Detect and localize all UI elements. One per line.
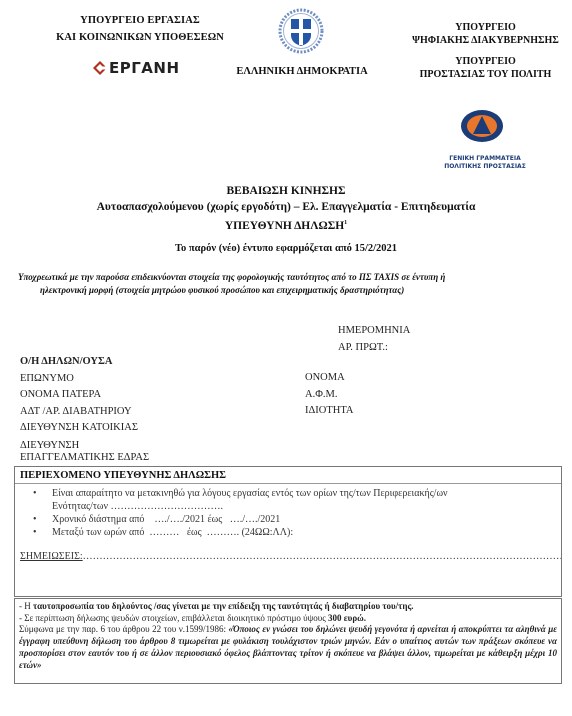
- fine-note-text: - Σε περίπτωση δήλωσης ψευδών στοιχείων,…: [19, 613, 328, 623]
- identity-note-prefix: - Η: [19, 601, 33, 611]
- hellenic-republic-label: ΕΛΛΗΝΙΚΗ ΔΗΜΟΚΡΑΤΙΑ: [232, 66, 372, 77]
- applies-from-note: Το παρόν (νέο) έντυπο εφαρμόζεται από 15…: [0, 243, 572, 254]
- mandatory-note-line1: Υποχρεωτικά με την παρούσα επιδεικνύοντα…: [18, 272, 445, 282]
- content-item-region-line1: Είναι απαραίτητο να μετακινηθώ για λόγου…: [52, 487, 561, 500]
- identity-note: - Η ταυτοπροσωπία του δηλούντος /σας γίν…: [19, 601, 557, 613]
- document-subtitle: Αυτοαπασχολούμενου (χωρίς εργοδότη) – Ελ…: [0, 199, 572, 215]
- field-first-name: ΟΝΟΜΑ: [305, 370, 353, 387]
- declaration-title: ΥΠΕΥΘΥΝΗ ΔΗΛΩΣΗ1: [0, 215, 572, 234]
- date-label: ΗΜΕΡΟΜΗΝΙΑ: [338, 322, 410, 339]
- notes-label: ΣΗΜΕΙΩΣΕΙΣ:: [20, 551, 83, 562]
- ergani-logo-icon: [92, 60, 108, 76]
- ergani-logo-text: ΕΡΓΑΝΗ: [109, 59, 180, 77]
- notes-row: ΣΗΜΕΙΩΣΕΙΣ:………………………………………………………………………………: [15, 539, 561, 562]
- content-item-period-text: Χρονικό διάστημα από …./…./2021 έως …./……: [52, 513, 561, 526]
- field-father-name: ΟΝΟΜΑ ΠΑΤΕΡΑ: [20, 387, 149, 404]
- law-citation-prefix: Σύμφωνα με την παρ. 6 του άρθρου 22 του …: [19, 624, 229, 634]
- document-title: ΒΕΒΑΙΩΣΗ ΚΙΝΗΣΗΣ: [0, 183, 572, 199]
- ministries-right-header: ΥΠΟΥΡΓΕΙΟ ΨΗΦΙΑΚΗΣ ΔΙΑΚΥΒΕΡΝΗΣΗΣ ΥΠΟΥΡΓΕ…: [398, 22, 572, 81]
- civil-protection-label: ΓΕΝΙΚΗ ΓΡΑΜΜΑΤΕΙΑ ΠΟΛΙΤΙΚΗΣ ΠΡΟΣΤΑΣΙΑΣ: [435, 155, 535, 171]
- footnote-mark: 1: [344, 220, 347, 226]
- field-surname: ΕΠΩΝΥΜΟ: [20, 371, 149, 388]
- ministry-digital-line1: ΥΠΟΥΡΓΕΙΟ: [398, 22, 572, 35]
- field-capacity: ΙΔΙΟΤΗΤΑ: [305, 403, 353, 420]
- field-tax-id: Α.Φ.Μ.: [305, 387, 353, 404]
- ergani-logo: ΕΡΓΑΝΗ: [92, 57, 162, 79]
- field-id-passport: ΑΔΤ /ΑΡ. ΔΙΑΒΑΤΗΡΙΟΥ: [20, 404, 149, 421]
- content-item-region-line2: Ενότητας/των …………………………….: [52, 500, 561, 513]
- declarant-fields-left: Ο/Η ΔΗΛΩΝ/ΟΥΣΑ ΕΠΩΝΥΜΟ ΟΝΟΜΑ ΠΑΤΕΡΑ ΑΔΤ …: [20, 354, 149, 464]
- notes-value: ……………………………………………………………………………………………………………: [83, 551, 561, 562]
- content-box-title: ΠΕΡΙΕΧΟΜΕΝΟ ΥΠΕΥΘΥΝΗΣ ΔΗΛΩΣΗΣ: [15, 467, 561, 484]
- content-item-hours: Μεταξύ των ωρών από ……… έως ………. (24ΩΩ:Λ…: [33, 526, 561, 539]
- law-citation: Σύμφωνα με την παρ. 6 του άρθρου 22 του …: [19, 624, 557, 671]
- ministry-citizen-line1: ΥΠΟΥΡΓΕΙΟ: [398, 56, 572, 69]
- ministry-digital-line2: ΨΗΦΙΑΚΗΣ ΔΙΑΚΥΒΕΡΝΗΣΗΣ: [398, 35, 572, 48]
- fine-note: - Σε περίπτωση δήλωσης ψευδών στοιχείων,…: [19, 613, 557, 625]
- protocol-number-label: ΑΡ. ΠΡΩΤ.:: [338, 339, 410, 356]
- civil-protection-line1: ΓΕΝΙΚΗ ΓΡΑΜΜΑΤΕΙΑ: [435, 155, 535, 163]
- ministry-labor-header: ΥΠΟΥΡΓΕΙΟ ΕΡΓΑΣΙΑΣ ΚΑΙ ΚΟΙΝΩΝΙΚΩΝ ΥΠΟΘΕΣ…: [20, 12, 260, 46]
- ministry-labor-line2: ΚΑΙ ΚΟΙΝΩΝΙΚΩΝ ΥΠΟΘΕΣΕΩΝ: [20, 29, 260, 46]
- civil-protection-line2: ΠΟΛΙΤΙΚΗΣ ΠΡΟΣΤΑΣΙΑΣ: [435, 163, 535, 171]
- content-list: Είναι απαραίτητο να μετακινηθώ για λόγου…: [15, 484, 561, 539]
- date-protocol-block: ΗΜΕΡΟΜΗΝΙΑ ΑΡ. ΠΡΩΤ.:: [338, 322, 410, 356]
- field-home-address: ΔΙΕΥΘΥΝΣΗ ΚΑΤΟΙΚΙΑΣ: [20, 420, 149, 437]
- document-title-block: ΒΕΒΑΙΩΣΗ ΚΙΝΗΣΗΣ Αυτοαπασχολούμενου (χωρ…: [0, 183, 572, 234]
- ministry-labor-line1: ΥΠΟΥΡΓΕΙΟ ΕΡΓΑΣΙΑΣ: [20, 12, 260, 29]
- mandatory-taxis-note: Υποχρεωτικά με την παρούσα επιδεικνύοντα…: [18, 271, 563, 297]
- content-item-hours-text: Μεταξύ των ωρών από ……… έως ………. (24ΩΩ:Λ…: [52, 526, 561, 539]
- civil-protection-logo-icon: [460, 109, 504, 143]
- ministry-citizen-line2: ΠΡΟΣΤΑΣΙΑΣ ΤΟΥ ΠΟΛΙΤΗ: [398, 69, 572, 82]
- hellenic-republic-seal-icon: [278, 8, 324, 54]
- declarant-heading: Ο/Η ΔΗΛΩΝ/ΟΥΣΑ: [20, 354, 149, 371]
- field-business-address-line2: ΕΠΑΓΓΕΛΜΑΤΙΚΗΣ ΕΔΡΑΣ: [20, 452, 149, 464]
- declaration-content-box: ΠΕΡΙΕΧΟΜΕΝΟ ΥΠΕΥΘΥΝΗΣ ΔΗΛΩΣΗΣ Είναι απαρ…: [14, 466, 562, 597]
- declaration-title-text: ΥΠΕΥΘΥΝΗ ΔΗΛΩΣΗ: [225, 220, 344, 232]
- field-business-address-line1: ΔΙΕΥΘΥΝΣΗ: [20, 440, 149, 452]
- identity-note-text: ταυτοπροσωπία του δηλούντος /σας γίνεται…: [33, 601, 414, 611]
- mandatory-note-line2: ηλεκτρονική μορφή (στοιχεία μητρώου φυσι…: [18, 284, 563, 297]
- content-item-region: Είναι απαραίτητο να μετακινηθώ για λόγου…: [33, 487, 561, 513]
- legal-footer-box: - Η ταυτοπροσωπία του δηλούντος /σας γίν…: [14, 598, 562, 684]
- declarant-fields-right: ΟΝΟΜΑ Α.Φ.Μ. ΙΔΙΟΤΗΤΑ: [305, 370, 353, 420]
- fine-amount: 300 ευρώ.: [328, 613, 366, 623]
- content-item-period: Χρονικό διάστημα από …./…./2021 έως …./……: [33, 513, 561, 526]
